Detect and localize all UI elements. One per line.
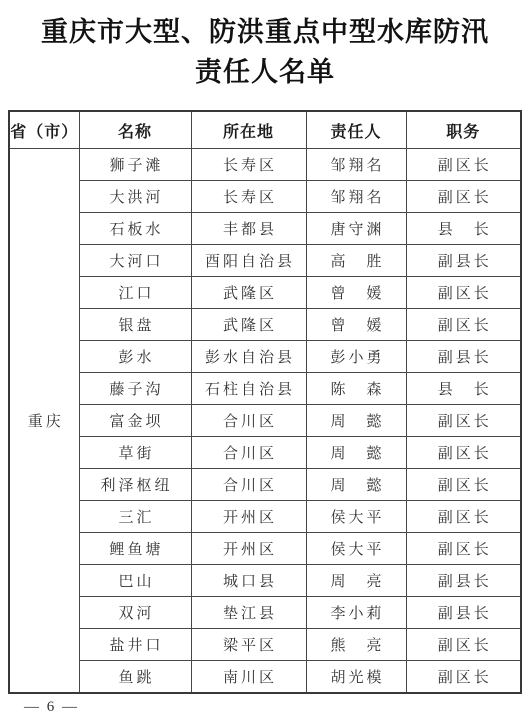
column-header-location: 所在地 [191, 111, 306, 149]
cell-person: 彭小勇 [306, 341, 406, 373]
cell-person: 邹翔名 [306, 149, 406, 181]
table-row: 三汇开州区侯大平副区长 [9, 501, 521, 533]
cell-person: 胡光模 [306, 661, 406, 694]
table-row: 江口武隆区曾 媛副区长 [9, 277, 521, 309]
table-row: 藤子沟石柱自治县陈 森县 长 [9, 373, 521, 405]
cell-person: 周 亮 [306, 565, 406, 597]
cell-name: 鲤鱼塘 [79, 533, 191, 565]
cell-name: 利泽枢纽 [79, 469, 191, 501]
cell-location: 彭水自治县 [191, 341, 306, 373]
table-body: 重庆狮子滩长寿区邹翔名副区长大洪河长寿区邹翔名副区长石板水丰都县唐守渊县 长大河… [9, 149, 521, 694]
cell-duty: 副县长 [406, 597, 521, 629]
cell-location: 石柱自治县 [191, 373, 306, 405]
table-row: 彭水彭水自治县彭小勇副县长 [9, 341, 521, 373]
cell-name: 银盘 [79, 309, 191, 341]
cell-person: 唐守渊 [306, 213, 406, 245]
cell-name: 三汇 [79, 501, 191, 533]
title-line-1: 重庆市大型、防洪重点中型水库防汛 [41, 17, 489, 47]
table-row: 利泽枢纽合川区周 懿副区长 [9, 469, 521, 501]
cell-province: 重庆 [9, 149, 79, 694]
cell-name: 巴山 [79, 565, 191, 597]
cell-location: 丰都县 [191, 213, 306, 245]
table-row: 大河口酉阳自治县高 胜副县长 [9, 245, 521, 277]
cell-duty: 副区长 [406, 501, 521, 533]
table-row: 石板水丰都县唐守渊县 长 [9, 213, 521, 245]
cell-duty: 副区长 [406, 181, 521, 213]
cell-location: 城口县 [191, 565, 306, 597]
table-row: 盐井口梁平区熊 亮副区长 [9, 629, 521, 661]
cell-person: 周 懿 [306, 469, 406, 501]
reservoir-responsibility-table: 省（市） 名称 所在地 责任人 职务 重庆狮子滩长寿区邹翔名副区长大洪河长寿区邹… [8, 110, 522, 694]
page-number: — 6 — [24, 699, 79, 714]
cell-location: 开州区 [191, 501, 306, 533]
cell-name: 草街 [79, 437, 191, 469]
cell-person: 李小莉 [306, 597, 406, 629]
cell-name: 鱼跳 [79, 661, 191, 694]
title-line-2: 责任人名单 [195, 57, 335, 87]
cell-location: 武隆区 [191, 277, 306, 309]
cell-name: 彭水 [79, 341, 191, 373]
cell-location: 合川区 [191, 437, 306, 469]
cell-name: 双河 [79, 597, 191, 629]
table-row: 富金坝合川区周 懿副区长 [9, 405, 521, 437]
table-row: 鲤鱼塘开州区侯大平副区长 [9, 533, 521, 565]
cell-location: 合川区 [191, 469, 306, 501]
table-row: 巴山城口县周 亮副县长 [9, 565, 521, 597]
cell-person: 邹翔名 [306, 181, 406, 213]
table-row: 双河垫江县李小莉副县长 [9, 597, 521, 629]
cell-person: 侯大平 [306, 533, 406, 565]
cell-duty: 县 长 [406, 213, 521, 245]
cell-person: 周 懿 [306, 437, 406, 469]
cell-name: 大河口 [79, 245, 191, 277]
cell-name: 狮子滩 [79, 149, 191, 181]
cell-name: 藤子沟 [79, 373, 191, 405]
cell-location: 开州区 [191, 533, 306, 565]
table-row: 重庆狮子滩长寿区邹翔名副区长 [9, 149, 521, 181]
cell-person: 曾 媛 [306, 277, 406, 309]
cell-person: 高 胜 [306, 245, 406, 277]
cell-name: 富金坝 [79, 405, 191, 437]
cell-duty: 副区长 [406, 149, 521, 181]
cell-location: 长寿区 [191, 149, 306, 181]
cell-location: 酉阳自治县 [191, 245, 306, 277]
cell-person: 周 懿 [306, 405, 406, 437]
cell-duty: 副县长 [406, 565, 521, 597]
cell-duty: 副区长 [406, 533, 521, 565]
column-header-name: 名称 [79, 111, 191, 149]
table-row: 大洪河长寿区邹翔名副区长 [9, 181, 521, 213]
table-row: 鱼跳南川区胡光模副区长 [9, 661, 521, 694]
cell-duty: 副区长 [406, 277, 521, 309]
cell-duty: 县 长 [406, 373, 521, 405]
cell-name: 大洪河 [79, 181, 191, 213]
document-page: 重庆市大型、防洪重点中型水库防汛 责任人名单 省（市） 名称 所在地 责任人 职… [0, 0, 530, 714]
cell-location: 南川区 [191, 661, 306, 694]
column-header-province: 省（市） [9, 111, 79, 149]
table-row: 银盘武隆区曾 媛副区长 [9, 309, 521, 341]
cell-duty: 副区长 [406, 629, 521, 661]
cell-duty: 副县长 [406, 245, 521, 277]
table-header-row: 省（市） 名称 所在地 责任人 职务 [9, 111, 521, 149]
cell-person: 陈 森 [306, 373, 406, 405]
column-header-duty: 职务 [406, 111, 521, 149]
cell-location: 武隆区 [191, 309, 306, 341]
cell-duty: 副区长 [406, 405, 521, 437]
cell-location: 长寿区 [191, 181, 306, 213]
cell-duty: 副区长 [406, 661, 521, 694]
cell-duty: 副区长 [406, 309, 521, 341]
table-row: 草街合川区周 懿副区长 [9, 437, 521, 469]
cell-name: 江口 [79, 277, 191, 309]
cell-name: 石板水 [79, 213, 191, 245]
cell-location: 合川区 [191, 405, 306, 437]
cell-duty: 副区长 [406, 469, 521, 501]
cell-person: 曾 媛 [306, 309, 406, 341]
cell-location: 梁平区 [191, 629, 306, 661]
cell-duty: 副区长 [406, 437, 521, 469]
cell-person: 熊 亮 [306, 629, 406, 661]
cell-location: 垫江县 [191, 597, 306, 629]
cell-name: 盐井口 [79, 629, 191, 661]
column-header-person: 责任人 [306, 111, 406, 149]
cell-person: 侯大平 [306, 501, 406, 533]
cell-duty: 副县长 [406, 341, 521, 373]
document-title: 重庆市大型、防洪重点中型水库防汛 责任人名单 [0, 12, 530, 92]
